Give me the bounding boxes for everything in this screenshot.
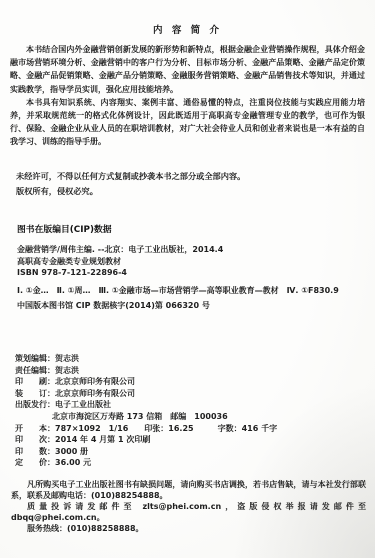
service-email-note: 质量投诉请发邮件至 zlts@phei.com.cn，盗版侵权举报请发邮件至 d… [11,502,366,524]
service-purchase-note: 凡所购买电子工业出版社图书有缺损问题，请向购买书店调换，若书店售缺，请与本社发行… [11,480,366,502]
content-summary-section: 内 容 简 介 本书结合国内外金融营销创新发展的新形势和新特点，根据金融企业营销… [0,22,375,149]
publishing-row-publisher: 出版发行：电子工业出版社 [15,399,365,411]
publishing-row-format: 开 本：787×1092 1/16 印张：16.25 字数：416 千字 [15,423,365,435]
cip-record-number-line: 中国版本图书馆 CIP 数据核字(2014)第 066320 号 [17,300,363,312]
service-info-section: 凡所购买电子工业出版社图书有缺损问题，请向购买书店调换，若书店售缺，请与本社发行… [11,480,366,535]
publishing-row-print-quantity: 印 数：3000 册 [15,446,365,458]
copyright-notice-line-2: 版权所有，侵权必究。 [16,184,361,199]
cip-classification-line: Ⅰ. ①金… Ⅱ. ①周… Ⅲ. ①金融市场—市场营销学—高等职业教育—教材 Ⅳ… [17,285,363,297]
content-summary-title: 内 容 简 介 [0,22,375,36]
publishing-row-address: 北京市海淀区万寿路 173 信箱 邮编 100036 [15,411,365,423]
service-hotline-note: 服务热线：(010)88258888。 [11,524,366,535]
cip-data-section: 图书在版编目(CIP)数据 金融营销学/周伟主编. --北京：电子工业出版社，2… [17,222,363,312]
cip-title-line: 金融营销学/周伟主编. --北京：电子工业出版社，2014.4 [17,244,363,256]
publishing-row-binding: 装 订：北京京师印务有限公司 [15,388,365,400]
cip-header: 图书在版编目(CIP)数据 [17,222,363,235]
publishing-row-responsible-editor: 责任编辑：贺志洪 [15,365,365,377]
publishing-row-printer: 印 刷：北京京师印务有限公司 [15,376,365,388]
copyright-notice: 未经许可，不得以任何方式复制或抄袭本书之部分或全部内容。 版权所有，侵权必究。 [16,169,361,198]
book-copyright-page: 内 容 简 介 本书结合国内外金融营销创新发展的新形势和新特点，根据金融企业营销… [0,0,375,558]
publishing-row-print-run-date: 印 次：2014 年 4 月第 1 次印刷 [15,434,365,446]
publishing-row-planning-editor: 策划编辑：贺志洪 [15,353,365,365]
publishing-info-section: 策划编辑：贺志洪 责任编辑：贺志洪 印 刷：北京京师印务有限公司 装 订：北京京… [15,353,365,469]
cip-isbn-line: ISBN 978-7-121-22896-4 [17,267,363,279]
cip-series-line: 高职高专金融类专业规划教材 [17,256,363,268]
publishing-row-price: 定 价：36.00 元 [15,457,365,469]
content-summary-paragraph-2: 本书具有知识系统、内容翔实、案例丰富、通俗易懂的特点，注重岗位技能与实践应用能力… [10,96,365,149]
content-summary-paragraph-1: 本书结合国内外金融营销创新发展的新形势和新特点，根据金融企业营销操作规程，具体介… [10,43,365,96]
copyright-notice-line-1: 未经许可，不得以任何方式复制或抄袭本书之部分或全部内容。 [16,169,361,184]
